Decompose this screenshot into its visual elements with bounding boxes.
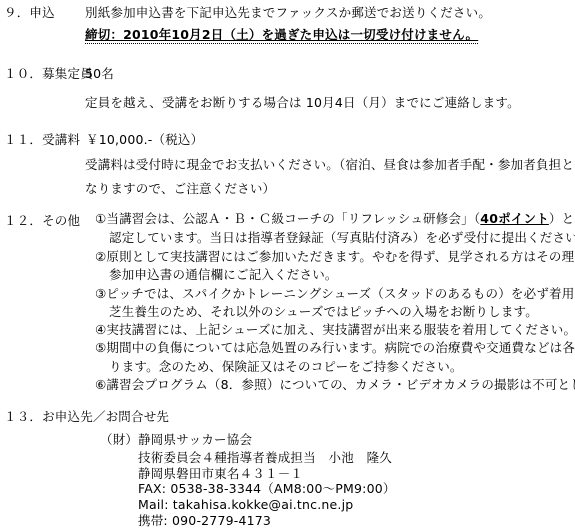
section11-number: １１．受講料 <box>4 132 80 147</box>
section12-item1-text: ①当講習会は、公認Ａ・Ｂ・Ｃ級コーチの「リフレッシュ研修会」（ <box>95 211 480 226</box>
section13-address: 静岡県磐田市東名４３１－１ <box>138 466 303 481</box>
section11-fee: ￥10,000.-（税込） <box>86 132 203 147</box>
section12-item3-continuation: 芝生養生のため、それ以外のシューズではピッチへの入場をお断りします。 <box>109 304 538 319</box>
section13-organization: （財）静岡県サッカー協会 <box>100 432 252 447</box>
section12-item1: ①当講習会は、公認Ａ・Ｂ・Ｃ級コーチの「リフレッシュ研修会」（40ポイント）と <box>95 211 574 226</box>
section13-mail-address: Mail: takahisa.kokke@ai.tnc.ne.jp <box>138 497 353 512</box>
section10-note: 定員を越え、受講をお断りする場合は 10月4日（月）までにご連絡します。 <box>85 95 520 110</box>
section9-instruction: 別紙参加申込書を下記申込先までファックスか郵送でお送りください。 <box>85 5 491 20</box>
section12-item1-tail: ）と <box>549 211 574 226</box>
section12-item4: ④実技講習には、上記シューズに加え、実技講習が出来る服装を着用してください。 <box>95 322 575 337</box>
section9-deadline-notice: 締切：2010年10月2日（土）を過ぎた申込は一切受け付けません。 <box>85 27 478 44</box>
section10-capacity: 50名 <box>85 66 114 81</box>
section12-item3: ③ピッチでは、スパイクかトレーニングシューズ（スタッドのあるもの）を必ず着用くだ… <box>95 286 575 301</box>
section13-contact-person: 技術委員会４種指導者養成担当 小池 隆久 <box>138 450 392 465</box>
section12-number: １２．その他 <box>4 213 80 228</box>
section13-fax-number: FAX: 0538-38-3344（AM8:00～PM9:00） <box>138 481 396 496</box>
section11-payment-note-line1: 受講料は受付時に現金でお支払いください。（宿泊、昼食は参加者手配・参加者負担と <box>85 157 574 172</box>
section12-item2-continuation: 参加申込書の通信欄にご記入ください。 <box>109 267 338 282</box>
section12-item1-points: 40ポイント <box>480 211 549 226</box>
section12-item5-continuation: ります。念のため、保険証又はそのコピーをご持参ください。 <box>109 359 463 374</box>
section9-number: ９．申込 <box>4 5 55 20</box>
section12-item6: ⑥講習会プログラム（8．参照）についての、カメラ・ビデオカメラの撮影は不可としま… <box>95 377 575 392</box>
section10-number: １０．募集定員 <box>4 66 93 81</box>
section13-number: １３．お申込先／お問合せ先 <box>4 409 169 424</box>
section11-payment-note-line2: なりますので、ご注意ください） <box>85 181 275 196</box>
document-page: ９．申込 別紙参加申込書を下記申込先までファックスか郵送でお送りください。 締切… <box>0 0 575 528</box>
section13-mobile-number: 携帯: 090-2779-4173 <box>138 513 271 528</box>
section12-item5: ⑤期間中の負傷については応急処置のみ行います。病院での治療費や交通費などは各自負… <box>95 340 575 355</box>
section12-item2: ②原則として実技講習にはご参加いただきます。やむを得ず、見学される方はその理由を… <box>95 249 575 264</box>
section12-item1-continuation: 認定しています。当日は指導者登録証（写真貼付済み）を必ず受付に提出ください。 <box>109 230 575 245</box>
